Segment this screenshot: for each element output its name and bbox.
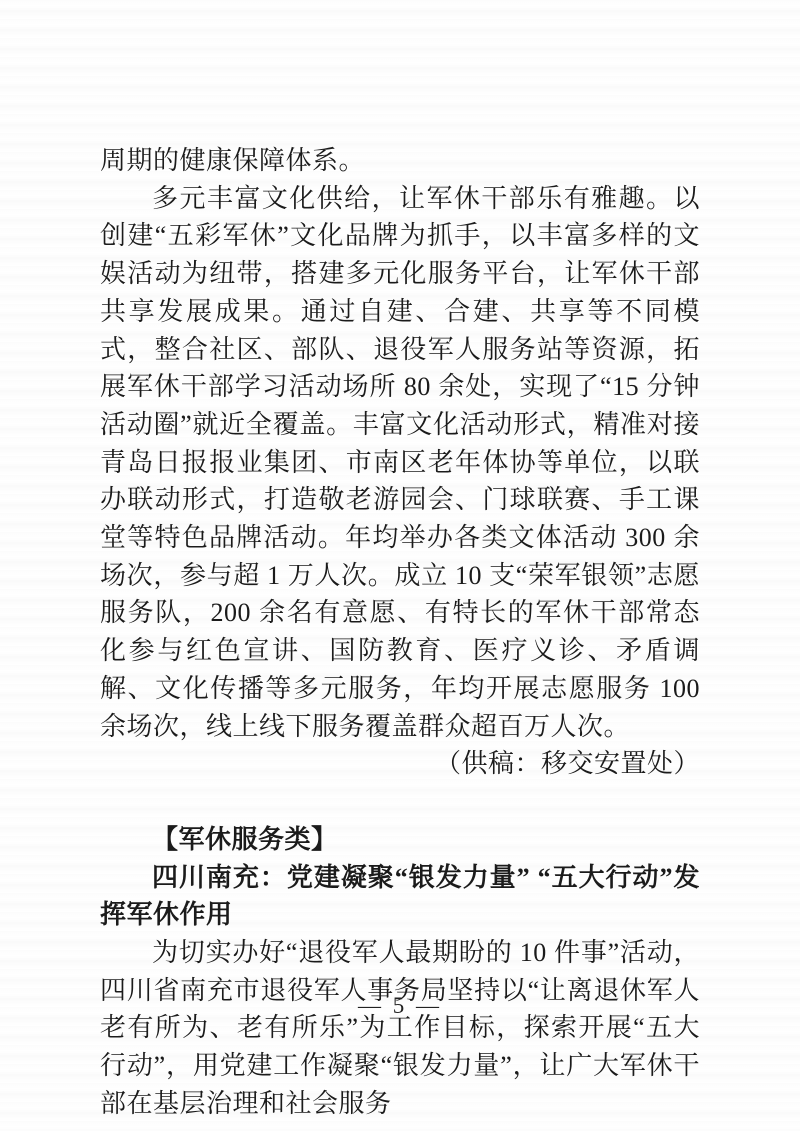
page-footer: — 5 — (0, 993, 800, 1019)
document-page: 周期的健康保障体系。 多元丰富文化供给，让军休干部乐有雅趣。以创建“五彩军休”文… (0, 0, 800, 1131)
section-heading-military-retiree-services: 【军休服务类】 (100, 821, 700, 859)
paragraph-culture-services: 多元丰富文化供给，让军休干部乐有雅趣。以创建“五彩军休”文化品牌为抓手，以丰富多… (100, 180, 700, 746)
paragraph-nanchong: 为切实办好“退役军人最期盼的 10 件事”活动，四川省南充市退役军人事务局坚持以… (100, 934, 700, 1123)
article-title: 四川南充：党建凝聚“银发力量” “五大行动”发挥军休作用 (100, 859, 700, 934)
page-number: — 5 — (358, 993, 442, 1018)
carryover-paragraph-end: 周期的健康保障体系。 (100, 142, 700, 180)
attribution-line: （供稿：移交安置处） (100, 745, 700, 783)
page-content: 周期的健康保障体系。 多元丰富文化供给，让军休干部乐有雅趣。以创建“五彩军休”文… (100, 142, 700, 1123)
